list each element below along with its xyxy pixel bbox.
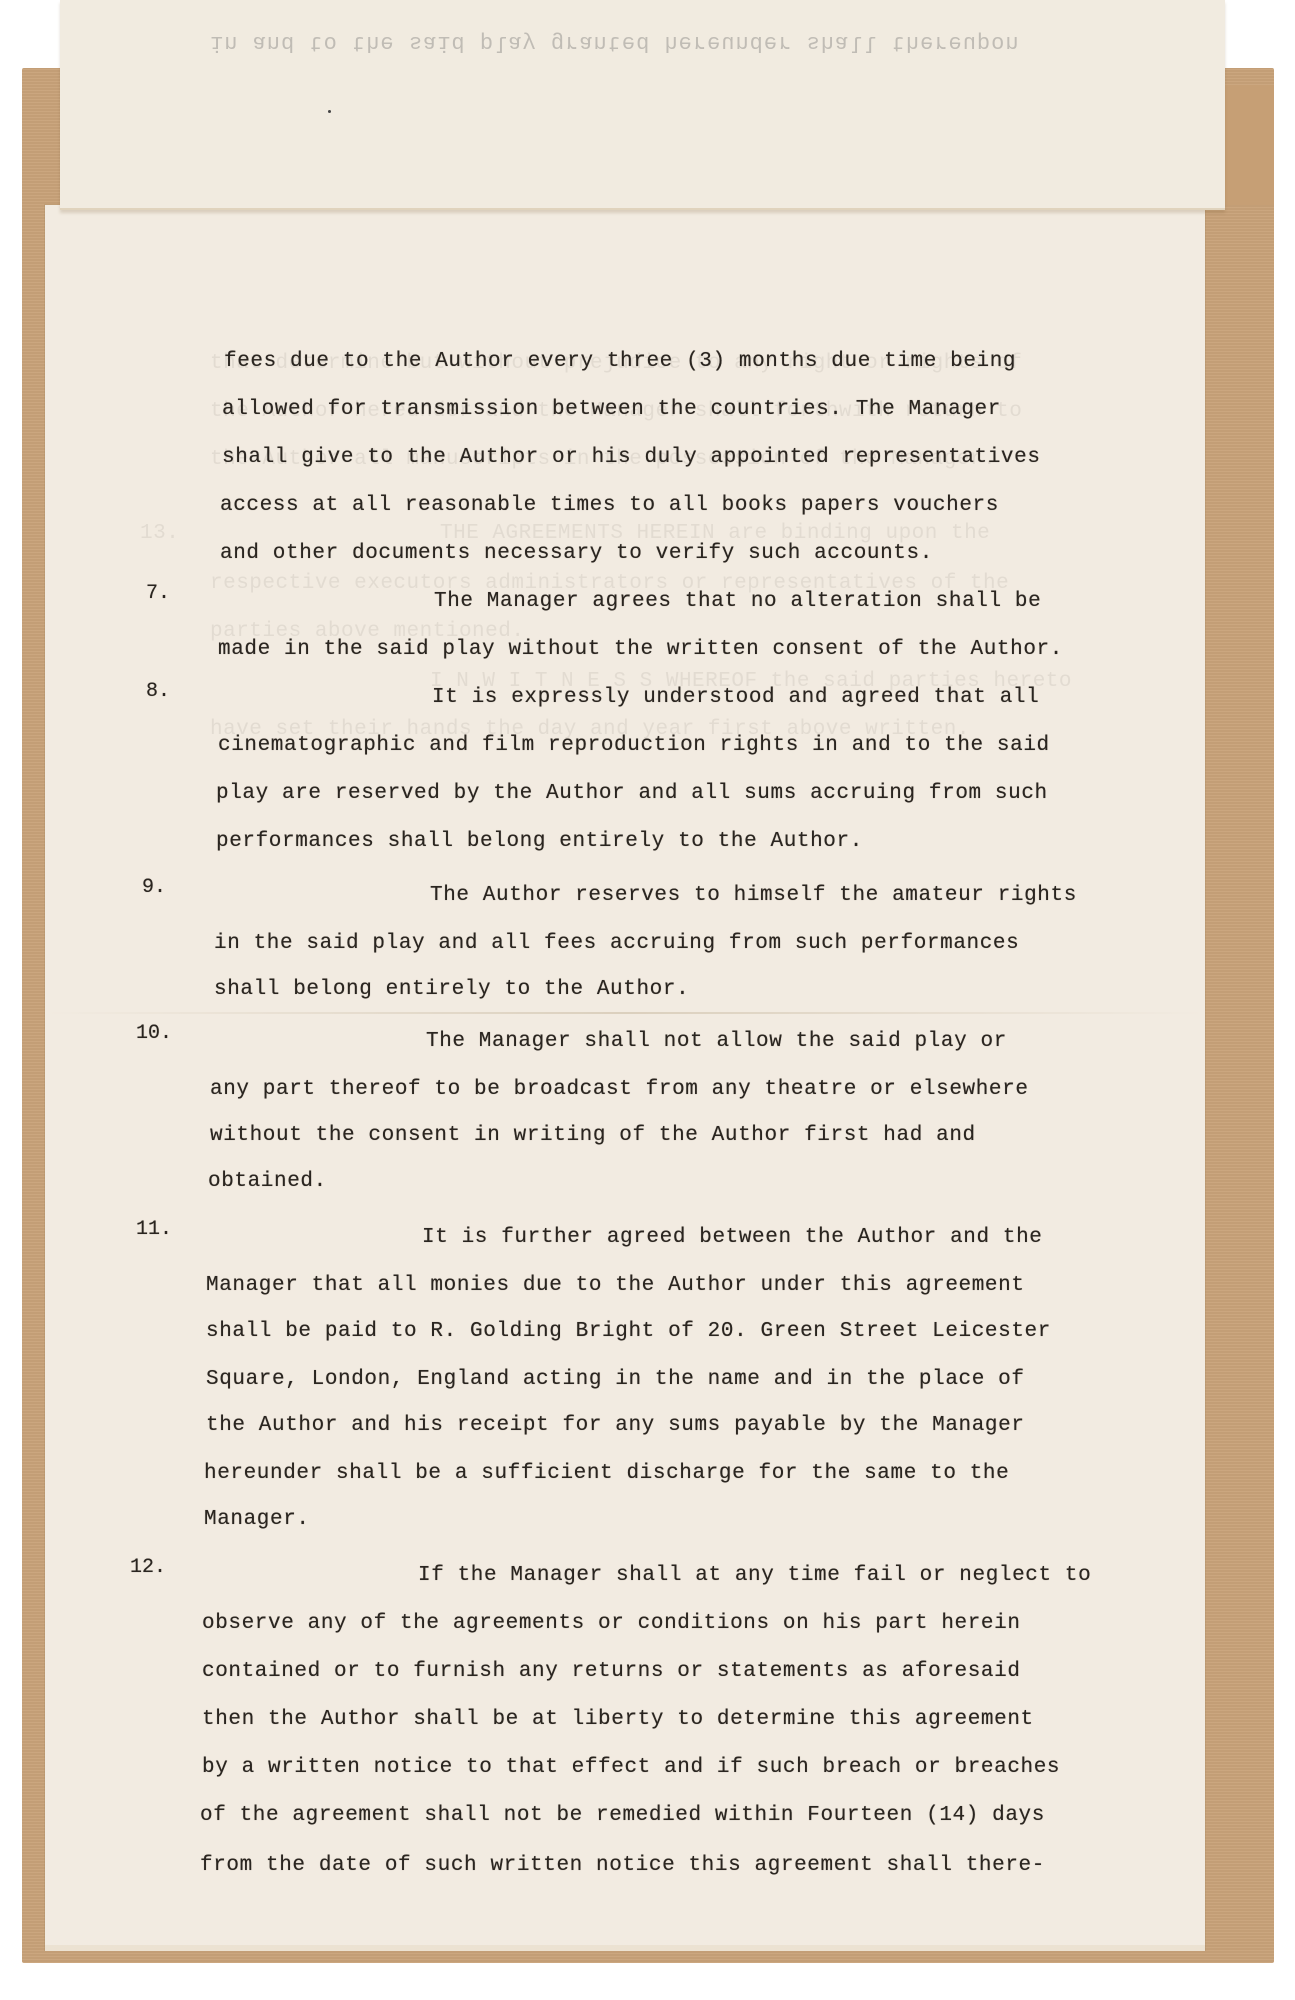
clause-line: then the Author shall be at liberty to d… xyxy=(202,1708,1034,1731)
clause-line: Square, London, England acting in the na… xyxy=(206,1368,1025,1391)
clause-line: from the date of such written notice thi… xyxy=(200,1854,1045,1877)
clause-number: 7. xyxy=(146,582,170,605)
clause-line: of the agreement shall not be remedied w… xyxy=(200,1804,1045,1827)
clause-number: 8. xyxy=(146,680,170,703)
clause-line: Manager that all monies due to the Autho… xyxy=(206,1274,1025,1297)
clause-line: shall belong entirely to the Author. xyxy=(214,978,689,1001)
clause-line: hereunder shall be a sufficient discharg… xyxy=(204,1462,1009,1485)
clause-number: 9. xyxy=(142,876,166,899)
clause-line: contained or to furnish any returns or s… xyxy=(202,1660,1021,1683)
clause-line: The Manager shall not allow the said pla… xyxy=(426,1030,1007,1053)
clause-line: It is further agreed between the Author … xyxy=(422,1226,1043,1249)
continuation-line: and other documents necessary to verify … xyxy=(220,542,933,565)
continuation-line: shall give to the Author or his duly app… xyxy=(222,446,1041,469)
continuation-line: allowed for transmission between the cou… xyxy=(222,398,1001,421)
clause-line: Manager. xyxy=(204,1508,310,1531)
clause-line: performances shall belong entirely to th… xyxy=(216,830,863,853)
clause-line: shall be paid to R. Golding Bright of 20… xyxy=(206,1320,1051,1343)
continuation-line: access at all reasonable times to all bo… xyxy=(220,494,999,517)
clause-line: play are reserved by the Author and all … xyxy=(216,782,1048,805)
mirrored-show-through-text: in and to the said play granted hereunde… xyxy=(210,30,1020,55)
clause-number: 12. xyxy=(130,1556,166,1579)
clause-line: without the consent in writing of the Au… xyxy=(210,1124,976,1147)
folded-flap-sheet: in and to the said play granted hereunde… xyxy=(60,0,1225,210)
clause-line: in the said play and all fees accruing f… xyxy=(214,932,1019,955)
clause-line: It is expressly understood and agreed th… xyxy=(432,686,1039,709)
clause-line: the Author and his receipt for any sums … xyxy=(206,1414,1025,1437)
backing-board-edge xyxy=(1222,85,1274,205)
bleed-through-number: 13. xyxy=(140,522,179,545)
clause-line: cinematographic and film reproduction ri… xyxy=(218,734,1050,757)
clause-line: If the Manager shall at any time fail or… xyxy=(418,1564,1091,1587)
clause-line: any part thereof to be broadcast from an… xyxy=(210,1078,1029,1101)
fold-crease xyxy=(45,1012,1205,1014)
sheet-bottom-edge xyxy=(45,1945,1205,1951)
clause-line: made in the said play without the writte… xyxy=(218,638,1063,661)
ink-speck xyxy=(328,110,331,113)
clause-line: The Author reserves to himself the amate… xyxy=(430,884,1077,907)
clause-line: The Manager agrees that no alteration sh… xyxy=(434,590,1041,613)
continuation-line: fees due to the Author every three (3) m… xyxy=(224,350,1016,373)
clause-line: observe any of the agreements or conditi… xyxy=(202,1612,1021,1635)
clause-number: 10. xyxy=(136,1022,172,1045)
clause-number: 11. xyxy=(136,1218,172,1241)
clause-line: by a written notice to that effect and i… xyxy=(202,1756,1060,1779)
clause-line: obtained. xyxy=(208,1170,327,1193)
